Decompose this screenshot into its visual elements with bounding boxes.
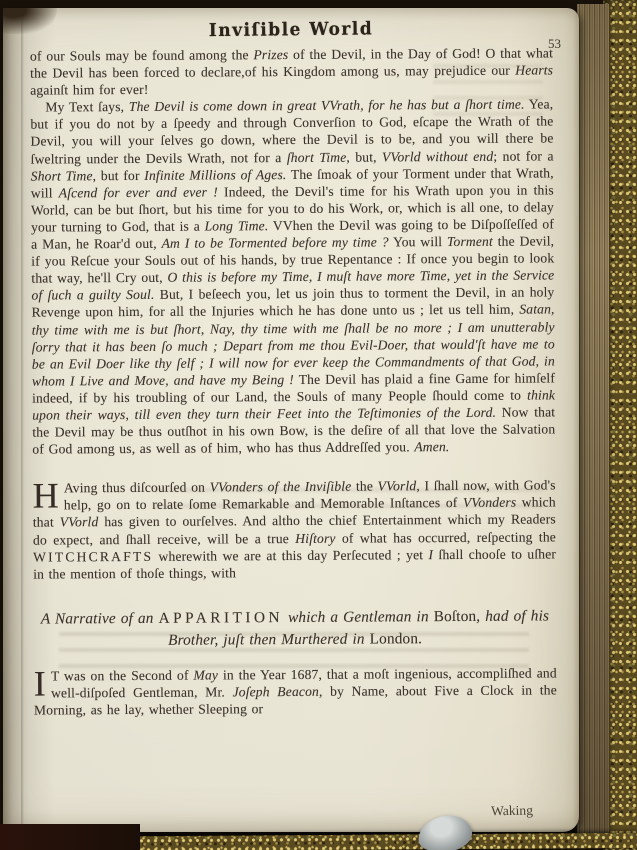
text-segment: The Devil is come down in great VVrath, … <box>129 97 525 114</box>
text-segment: Boſton <box>434 608 477 625</box>
text-segment: VVorld <box>378 479 417 494</box>
text-segment: You will <box>389 234 447 249</box>
text-segment: Torment <box>447 234 493 249</box>
text-segment: Infinite Millions of Ages. <box>144 167 286 183</box>
bottom-shadow <box>0 824 140 850</box>
text-segment: of our Souls may be found among the <box>30 47 254 63</box>
text-segment: Prizes <box>253 47 288 62</box>
text-segment: VVorld without end <box>382 148 493 164</box>
text-segment: VVonders of the Inviſible <box>210 479 352 495</box>
book-photo: Inviſible World 53 of our Souls may be f… <box>0 0 637 850</box>
text-segment: VVonders <box>463 495 516 510</box>
text-segment: of what has occurred, reſpecting the <box>336 529 556 545</box>
text-segment: Short Time <box>31 168 93 183</box>
text-segment: , but for <box>93 168 145 183</box>
text-segment: ſhort Time <box>287 149 347 164</box>
text-segment: the <box>351 479 377 494</box>
drop-cap: I <box>34 667 51 698</box>
text-segment: Hearts <box>515 63 553 78</box>
text-segment: Long Time. <box>205 218 269 233</box>
paragraph: of our Souls may be found among the Priz… <box>30 44 553 98</box>
text-segment: Aſcend for ever and ever ! <box>59 184 218 200</box>
text-segment: London. <box>370 630 423 647</box>
text-segment: wherewith we are at this day Perſecuted … <box>153 547 428 564</box>
text-segment: Hiſtory <box>295 530 335 545</box>
stacked-page-edges <box>577 4 609 842</box>
text-segment: T was on the Second of <box>51 667 194 683</box>
text-segment: APPARITION <box>158 609 283 627</box>
text-segment: againſt him for ever! <box>30 82 148 98</box>
running-title: Inviſible World <box>3 16 579 43</box>
text-segment: Am I to be Tormented before my time ? <box>162 234 389 250</box>
text-segment: May <box>193 667 218 682</box>
text-segment: VVorld <box>60 515 99 530</box>
text-segment: My Text ſays, <box>45 99 129 115</box>
text-column: of our Souls may be found among the Priz… <box>30 44 557 718</box>
text-segment: ; not for a <box>493 148 553 163</box>
text-segment: Aving thus diſcourſed on <box>64 480 210 496</box>
text-segment: , but, <box>346 149 382 164</box>
text-segment: which a Gentleman in <box>283 608 434 626</box>
paragraph: IT was on the Second of May in the Year … <box>34 664 557 718</box>
text-segment: A Narrative of an <box>41 610 159 628</box>
narrative-heading: A Narrative of an APPARITION which a Gen… <box>33 605 556 652</box>
book-page: Inviſible World 53 of our Souls may be f… <box>3 8 579 832</box>
catchword: Waking <box>491 803 533 820</box>
text-segment: Amen. <box>414 439 449 454</box>
drop-cap: H <box>33 480 64 511</box>
paragraph: HAving thus diſcourſed on VVonders of th… <box>33 477 557 583</box>
paragraph: My Text ſays, The Devil is come down in … <box>30 96 555 458</box>
text-segment: Joſeph Beacon <box>232 684 318 700</box>
text-segment: WITCHCRAFTS <box>33 548 153 564</box>
